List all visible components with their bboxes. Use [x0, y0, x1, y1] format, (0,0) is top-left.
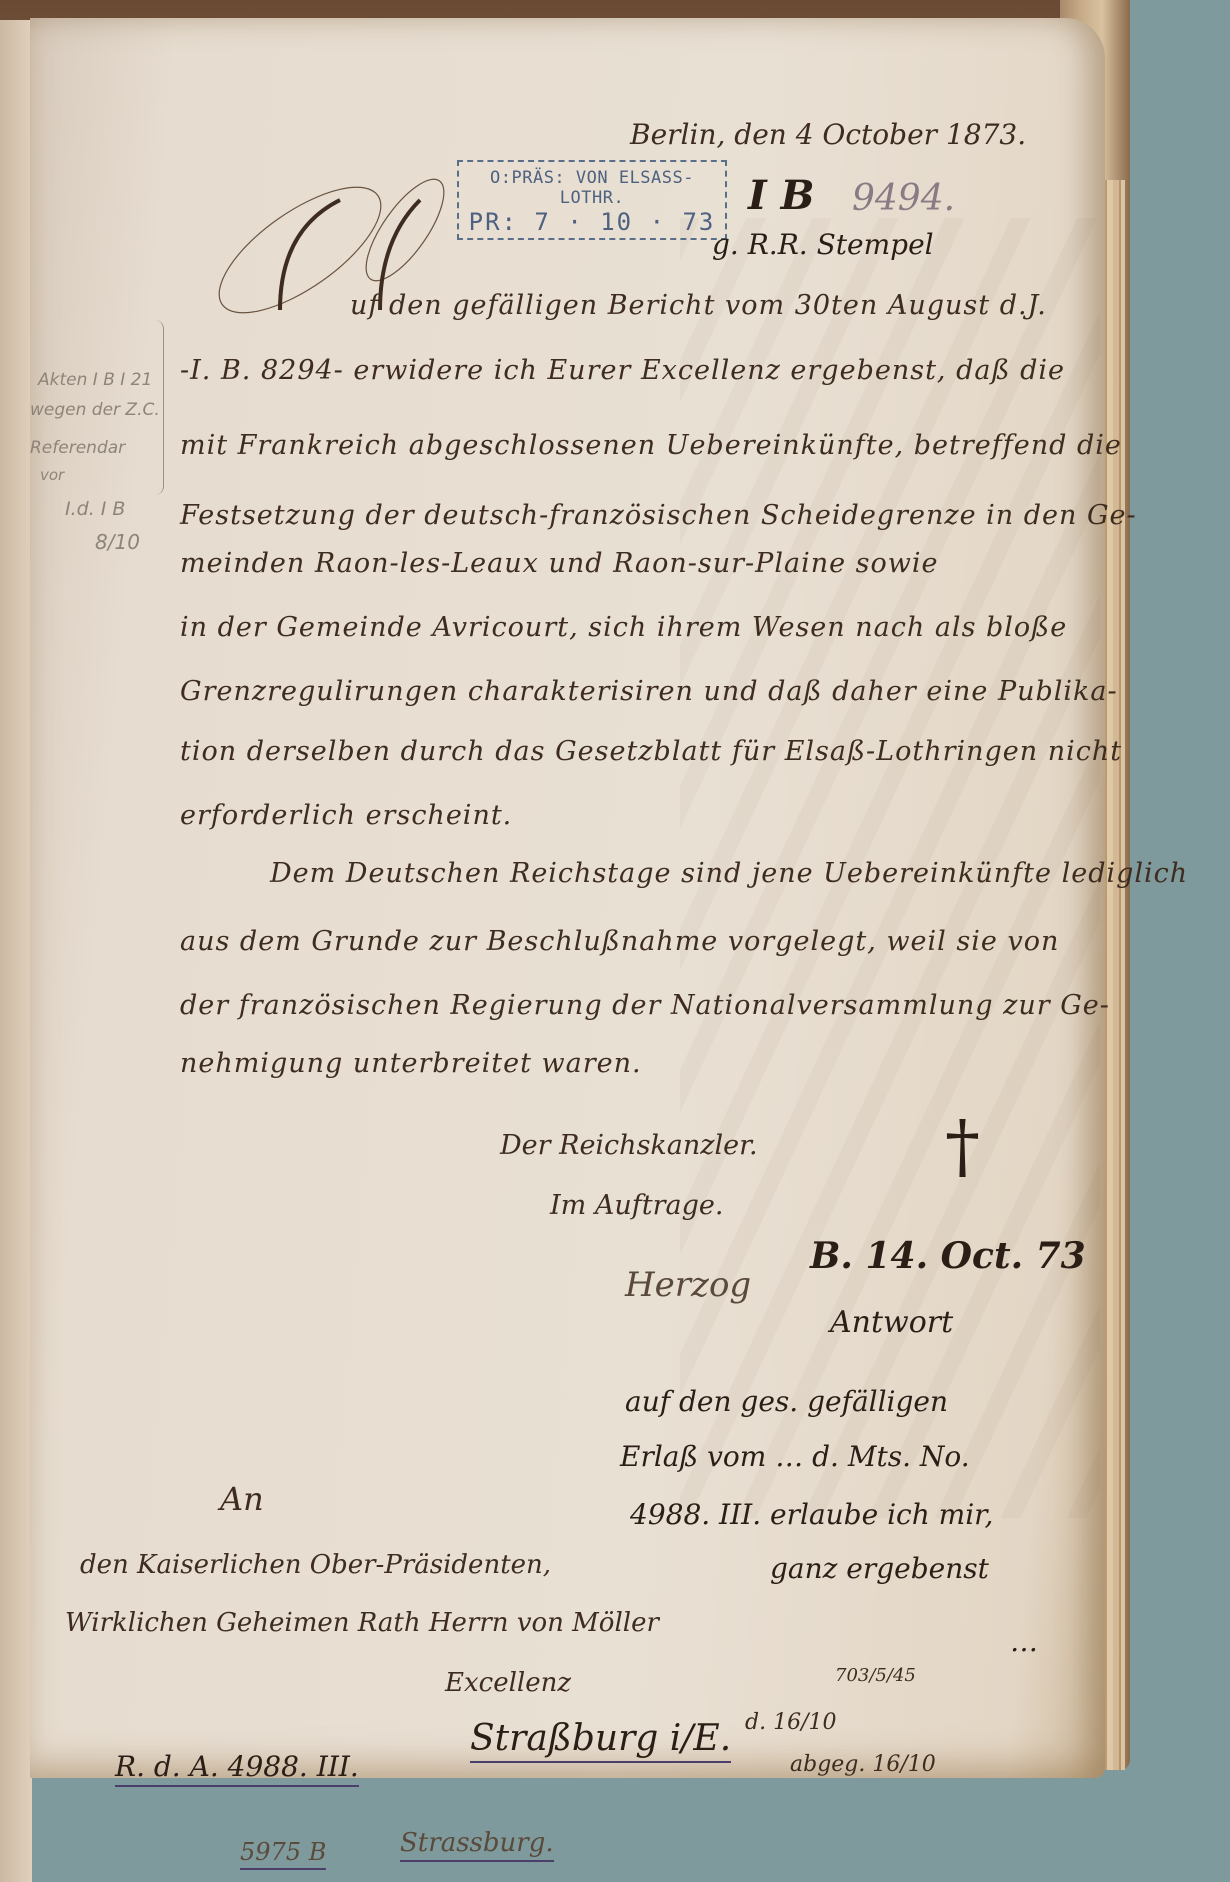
margin-note-line: vor [40, 466, 64, 484]
stamp-line-2: PR: 7 · 10 · 73 [459, 208, 725, 236]
annotation-line: auf den ges. gefälligen [625, 1385, 948, 1418]
addressee-to: An [220, 1480, 264, 1518]
margin-note-line: wegen der Z.C. [30, 400, 160, 420]
body-line-10: Dem Deutschen Reichstage sind jene Ueber… [270, 858, 1188, 889]
body-line-7: Grenzregulirungen charakterisiren und da… [180, 676, 1118, 707]
addressee-line-3: Excellenz [445, 1668, 571, 1698]
annotation-line: … [1010, 1625, 1038, 1658]
body-line-3: mit Frankreich abgeschlossenen Uebereink… [180, 430, 1122, 461]
body-line-13: nehmigung unterbreitet waren. [180, 1048, 642, 1079]
footer-fraction: 703/5/45 [835, 1665, 916, 1686]
annotation-line: ganz ergebenst [770, 1552, 989, 1585]
addressee-line-2: Wirklichen Geheimen Rath Herrn von Mölle… [65, 1608, 659, 1638]
body-line-8: tion derselben durch das Gesetzblatt für… [180, 736, 1122, 767]
margin-note-line: Akten I B I 21 [38, 370, 152, 390]
body-line-1: uf den gefälligen Bericht vom 30ten Augu… [350, 290, 1047, 321]
header-note: g. R.R. Stempel [712, 228, 934, 261]
file-ref-number: 9494. [852, 178, 955, 219]
margin-note-line: Referendar [30, 438, 125, 458]
receipt-stamp: O:PRÄS: VON ELSASS-LOTHR. PR: 7 · 10 · 7… [457, 160, 727, 240]
footer-note: abgeg. 16/10 [790, 1752, 936, 1777]
body-line-5: meinden Raon-les-Leaux und Raon-sur-Plai… [180, 548, 939, 579]
annotation-line: Antwort [830, 1305, 953, 1340]
body-line-12: der französischen Regierung der National… [180, 990, 1110, 1021]
body-line-6: in der Gemeinde Avricourt, sich ihrem We… [180, 612, 1067, 643]
stamp-line-1: O:PRÄS: VON ELSASS-LOTHR. [459, 168, 725, 208]
annotation-mark: † [945, 1105, 980, 1187]
body-line-9: erforderlich erscheint. [180, 800, 512, 831]
annotation-line: Erlaß vom … d. Mts. No. [620, 1440, 970, 1473]
closing-auftrag: Im Auftrage. [550, 1190, 723, 1221]
footer-ref: R. d. A. 4988. III. [115, 1750, 359, 1787]
signature: Herzog [625, 1265, 751, 1305]
left-page-edge [0, 20, 32, 1882]
lower-page-place: Strassburg. [400, 1828, 554, 1862]
file-ref: I B [748, 172, 814, 219]
margin-note-line: I.d. I B [65, 498, 125, 520]
body-line-2: -I. B. 8294- erwidere ich Eurer Excellen… [180, 355, 1065, 386]
annotation-line: 4988. III. erlaube ich mir, [630, 1498, 993, 1531]
annotation-date: B. 14. Oct. 73 [810, 1235, 1086, 1277]
closing-title: Der Reichskanzler. [500, 1130, 758, 1161]
margin-note-line: 8/10 [95, 530, 140, 554]
footer-note: d. 16/10 [745, 1710, 836, 1735]
body-line-11: aus dem Grunde zur Beschlußnahme vorgele… [180, 926, 1059, 957]
addressee-line-1: den Kaiserlichen Ober-Präsidenten, [80, 1550, 551, 1580]
body-line-4: Festsetzung der deutsch-französischen Sc… [180, 500, 1137, 531]
lower-page-ref: 5975 B [240, 1838, 326, 1870]
addressee-city: Straßburg i/E. [470, 1718, 731, 1763]
place-date: Berlin, den 4 October 1873. [630, 118, 1026, 151]
